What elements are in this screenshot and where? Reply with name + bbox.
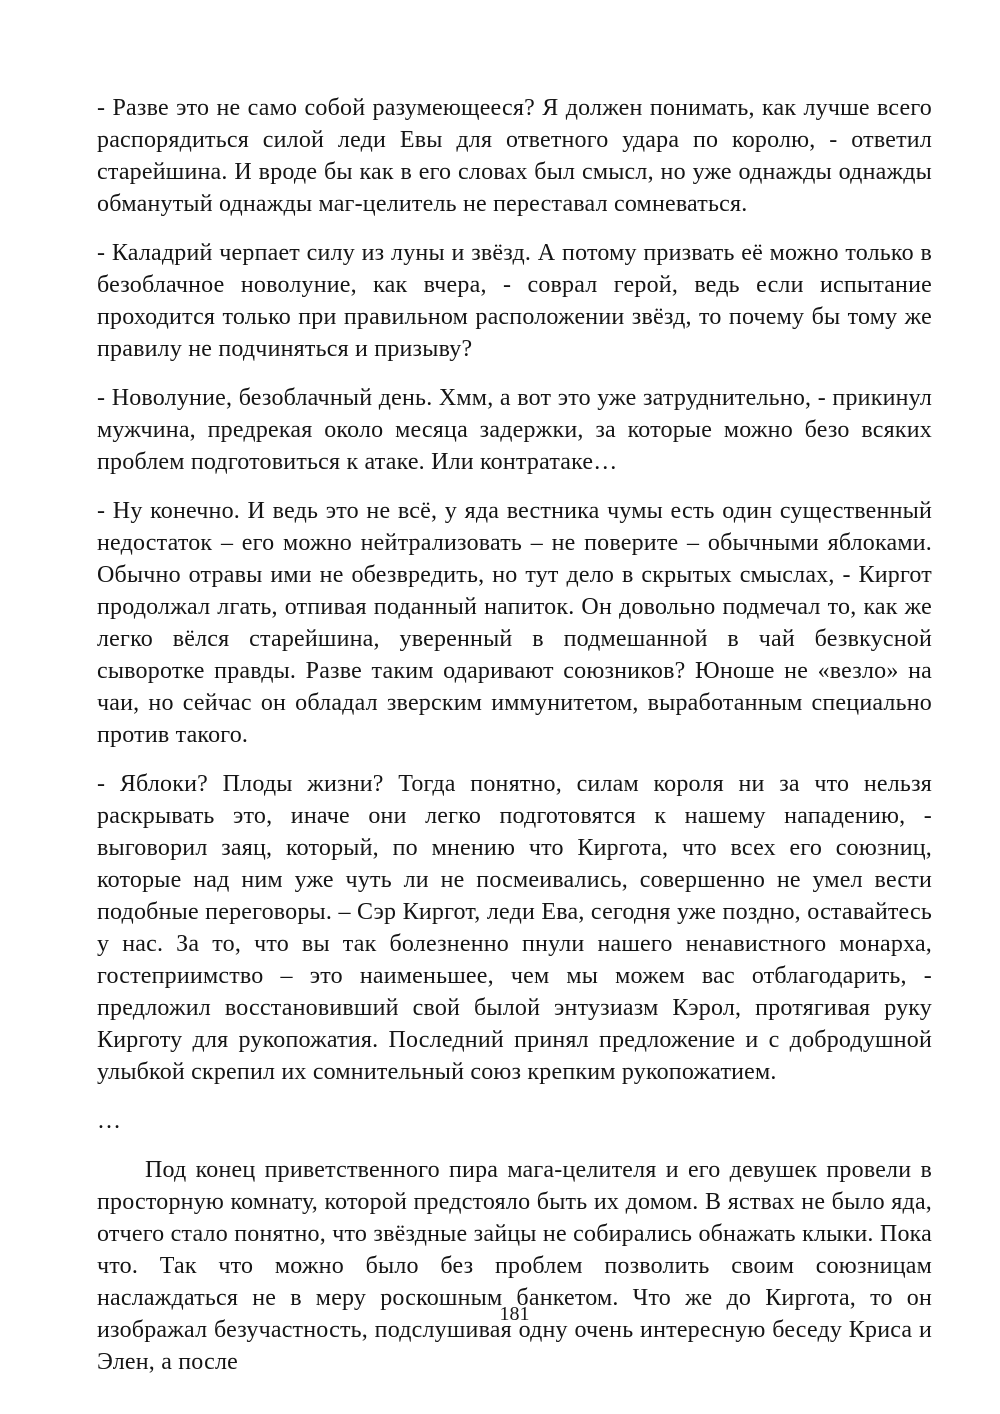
- page-number: 181: [500, 1303, 530, 1325]
- page-footer: 181: [97, 1300, 932, 1328]
- paragraph-narrative: Под конец приветственного пира мага-цели…: [97, 1154, 932, 1378]
- paragraph-dialogue-4: - Ну конечно. И ведь это не всё, у яда в…: [97, 495, 932, 751]
- book-page: - Разве это не само собой разумеющееся? …: [0, 0, 1000, 1414]
- paragraph-dialogue-1: - Разве это не само собой разумеющееся? …: [97, 92, 932, 220]
- page-text-block: - Разве это не само собой разумеющееся? …: [97, 92, 932, 1395]
- paragraph-dialogue-3: - Новолуние, безоблачный день. Хмм, а во…: [97, 382, 932, 478]
- paragraph-dialogue-5: - Яблоки? Плоды жизни? Тогда понятно, си…: [97, 768, 932, 1088]
- paragraph-ellipsis-separator: …: [97, 1105, 932, 1137]
- paragraph-dialogue-2: - Каладрий черпает силу из луны и звёзд.…: [97, 237, 932, 365]
